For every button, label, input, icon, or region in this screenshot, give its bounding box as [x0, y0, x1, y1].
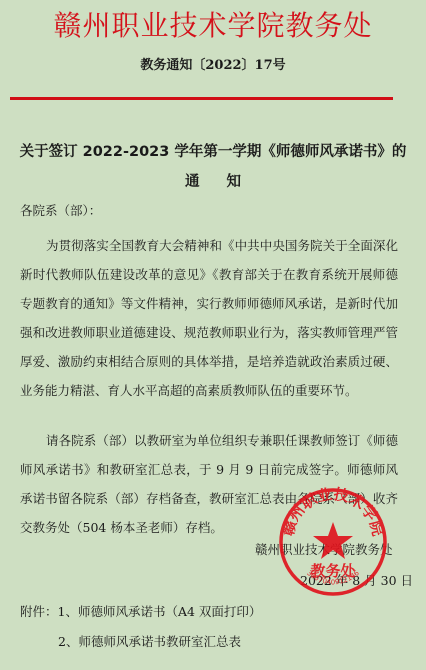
body-paragraph-1: 为贯彻落实全国教育大会精神和《中共中央国务院关于全面深化新时代教师队伍建设改革的… [20, 231, 398, 405]
doc-number: 教务通知〔2022〕17号 [0, 57, 426, 75]
header-divider [10, 97, 393, 100]
salutation: 各院系（部）： [20, 202, 101, 220]
org-title: 赣州职业技术学院教务处 [0, 8, 426, 44]
notice-subtitle: 通 知 [0, 172, 426, 192]
star-icon [313, 522, 353, 559]
official-seal: 赣州职业技术学院 教务处 3607040912146 [277, 486, 389, 598]
notice-title: 关于签订 2022-2023 学年第一学期《师德师风承诺书》的 [0, 142, 426, 162]
attachment-2: 2、师德师风承诺书教研室汇总表 [58, 633, 241, 651]
attachment-1: 附件：1、师德师风承诺书（A4 双面打印） [20, 603, 261, 621]
